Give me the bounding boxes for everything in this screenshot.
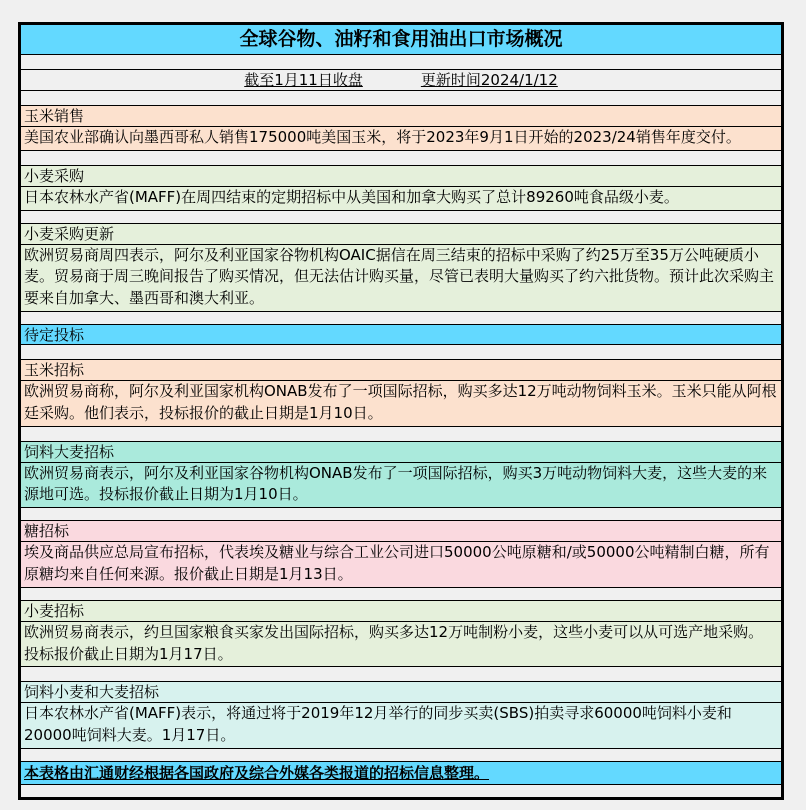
spacer-row: [21, 785, 781, 797]
spacer-row: [21, 211, 781, 224]
pending-tenders-header: 待定投标: [21, 325, 781, 345]
section-body-sugar-tender: 埃及商品供应总局宣布招标，代表埃及糖业与综合工业公司进口50000公吨原糖和/或…: [21, 542, 781, 588]
spacer-row: [21, 508, 781, 521]
spacer-row: [21, 151, 781, 166]
spacer-row: [21, 312, 781, 325]
section-body-wheat-purchase: 日本农林水产省(MAFF)在周四结束的定期招标中从美国和加拿大购买了总计8926…: [21, 187, 781, 211]
spacer-row: [21, 427, 781, 442]
asof-row: 截至1月11日收盘更新时间2024/1/12: [21, 70, 781, 91]
section-body-feed-barley-tender: 欧洲贸易商表示，阿尔及利亚国家谷物机构ONAB发布了一项国际招标，购买3万吨动物…: [21, 463, 781, 509]
footer-note: 本表格由汇通财经根据各国政府及综合外媒各类报道的招标信息整理。: [21, 762, 781, 785]
asof-label: 截至1月11日收盘: [244, 71, 363, 89]
section-header-wheat-tender: 小麦招标: [21, 601, 781, 622]
section-body-corn-tender: 欧洲贸易商称，阿尔及利亚国家机构ONAB发布了一项国际招标，购买多达12万吨动物…: [21, 381, 781, 427]
section-header-feed-wheat-barley-tender: 饲料小麦和大麦招标: [21, 682, 781, 703]
section-header-wheat-purchase-update: 小麦采购更新: [21, 224, 781, 245]
section-body-wheat-purchase-update: 欧洲贸易商周四表示，阿尔及利亚国家谷物机构OAIC据信在周三结束的招标中采购了约…: [21, 245, 781, 312]
spacer-row: [21, 91, 781, 106]
section-body-feed-wheat-barley-tender: 日本农林水产省(MAFF)表示，将通过将于2019年12月举行的同步买卖(SBS…: [21, 703, 781, 749]
table-title: 全球谷物、油籽和食用油出口市场概况: [21, 25, 781, 55]
spacer-row: [21, 345, 781, 360]
spacer-row: [21, 588, 781, 601]
section-body-wheat-tender: 欧洲贸易商表示，约旦国家粮食买家发出国际招标，购买多达12万吨制粉小麦，这些小麦…: [21, 622, 781, 668]
section-header-corn-sales: 玉米销售: [21, 106, 781, 127]
spacer-row: [21, 749, 781, 762]
spacer-row: [21, 55, 781, 70]
spacer-row: [21, 667, 781, 682]
section-header-feed-barley-tender: 饲料大麦招标: [21, 442, 781, 463]
section-header-sugar-tender: 糖招标: [21, 521, 781, 542]
update-time-label: 更新时间2024/1/12: [421, 71, 558, 89]
market-overview-table: 全球谷物、油籽和食用油出口市场概况 截至1月11日收盘更新时间2024/1/12…: [18, 22, 784, 800]
section-body-corn-sales: 美国农业部确认向墨西哥私人销售175000吨美国玉米，将于2023年9月1日开始…: [21, 127, 781, 151]
section-header-wheat-purchase: 小麦采购: [21, 166, 781, 187]
section-header-corn-tender: 玉米招标: [21, 360, 781, 381]
